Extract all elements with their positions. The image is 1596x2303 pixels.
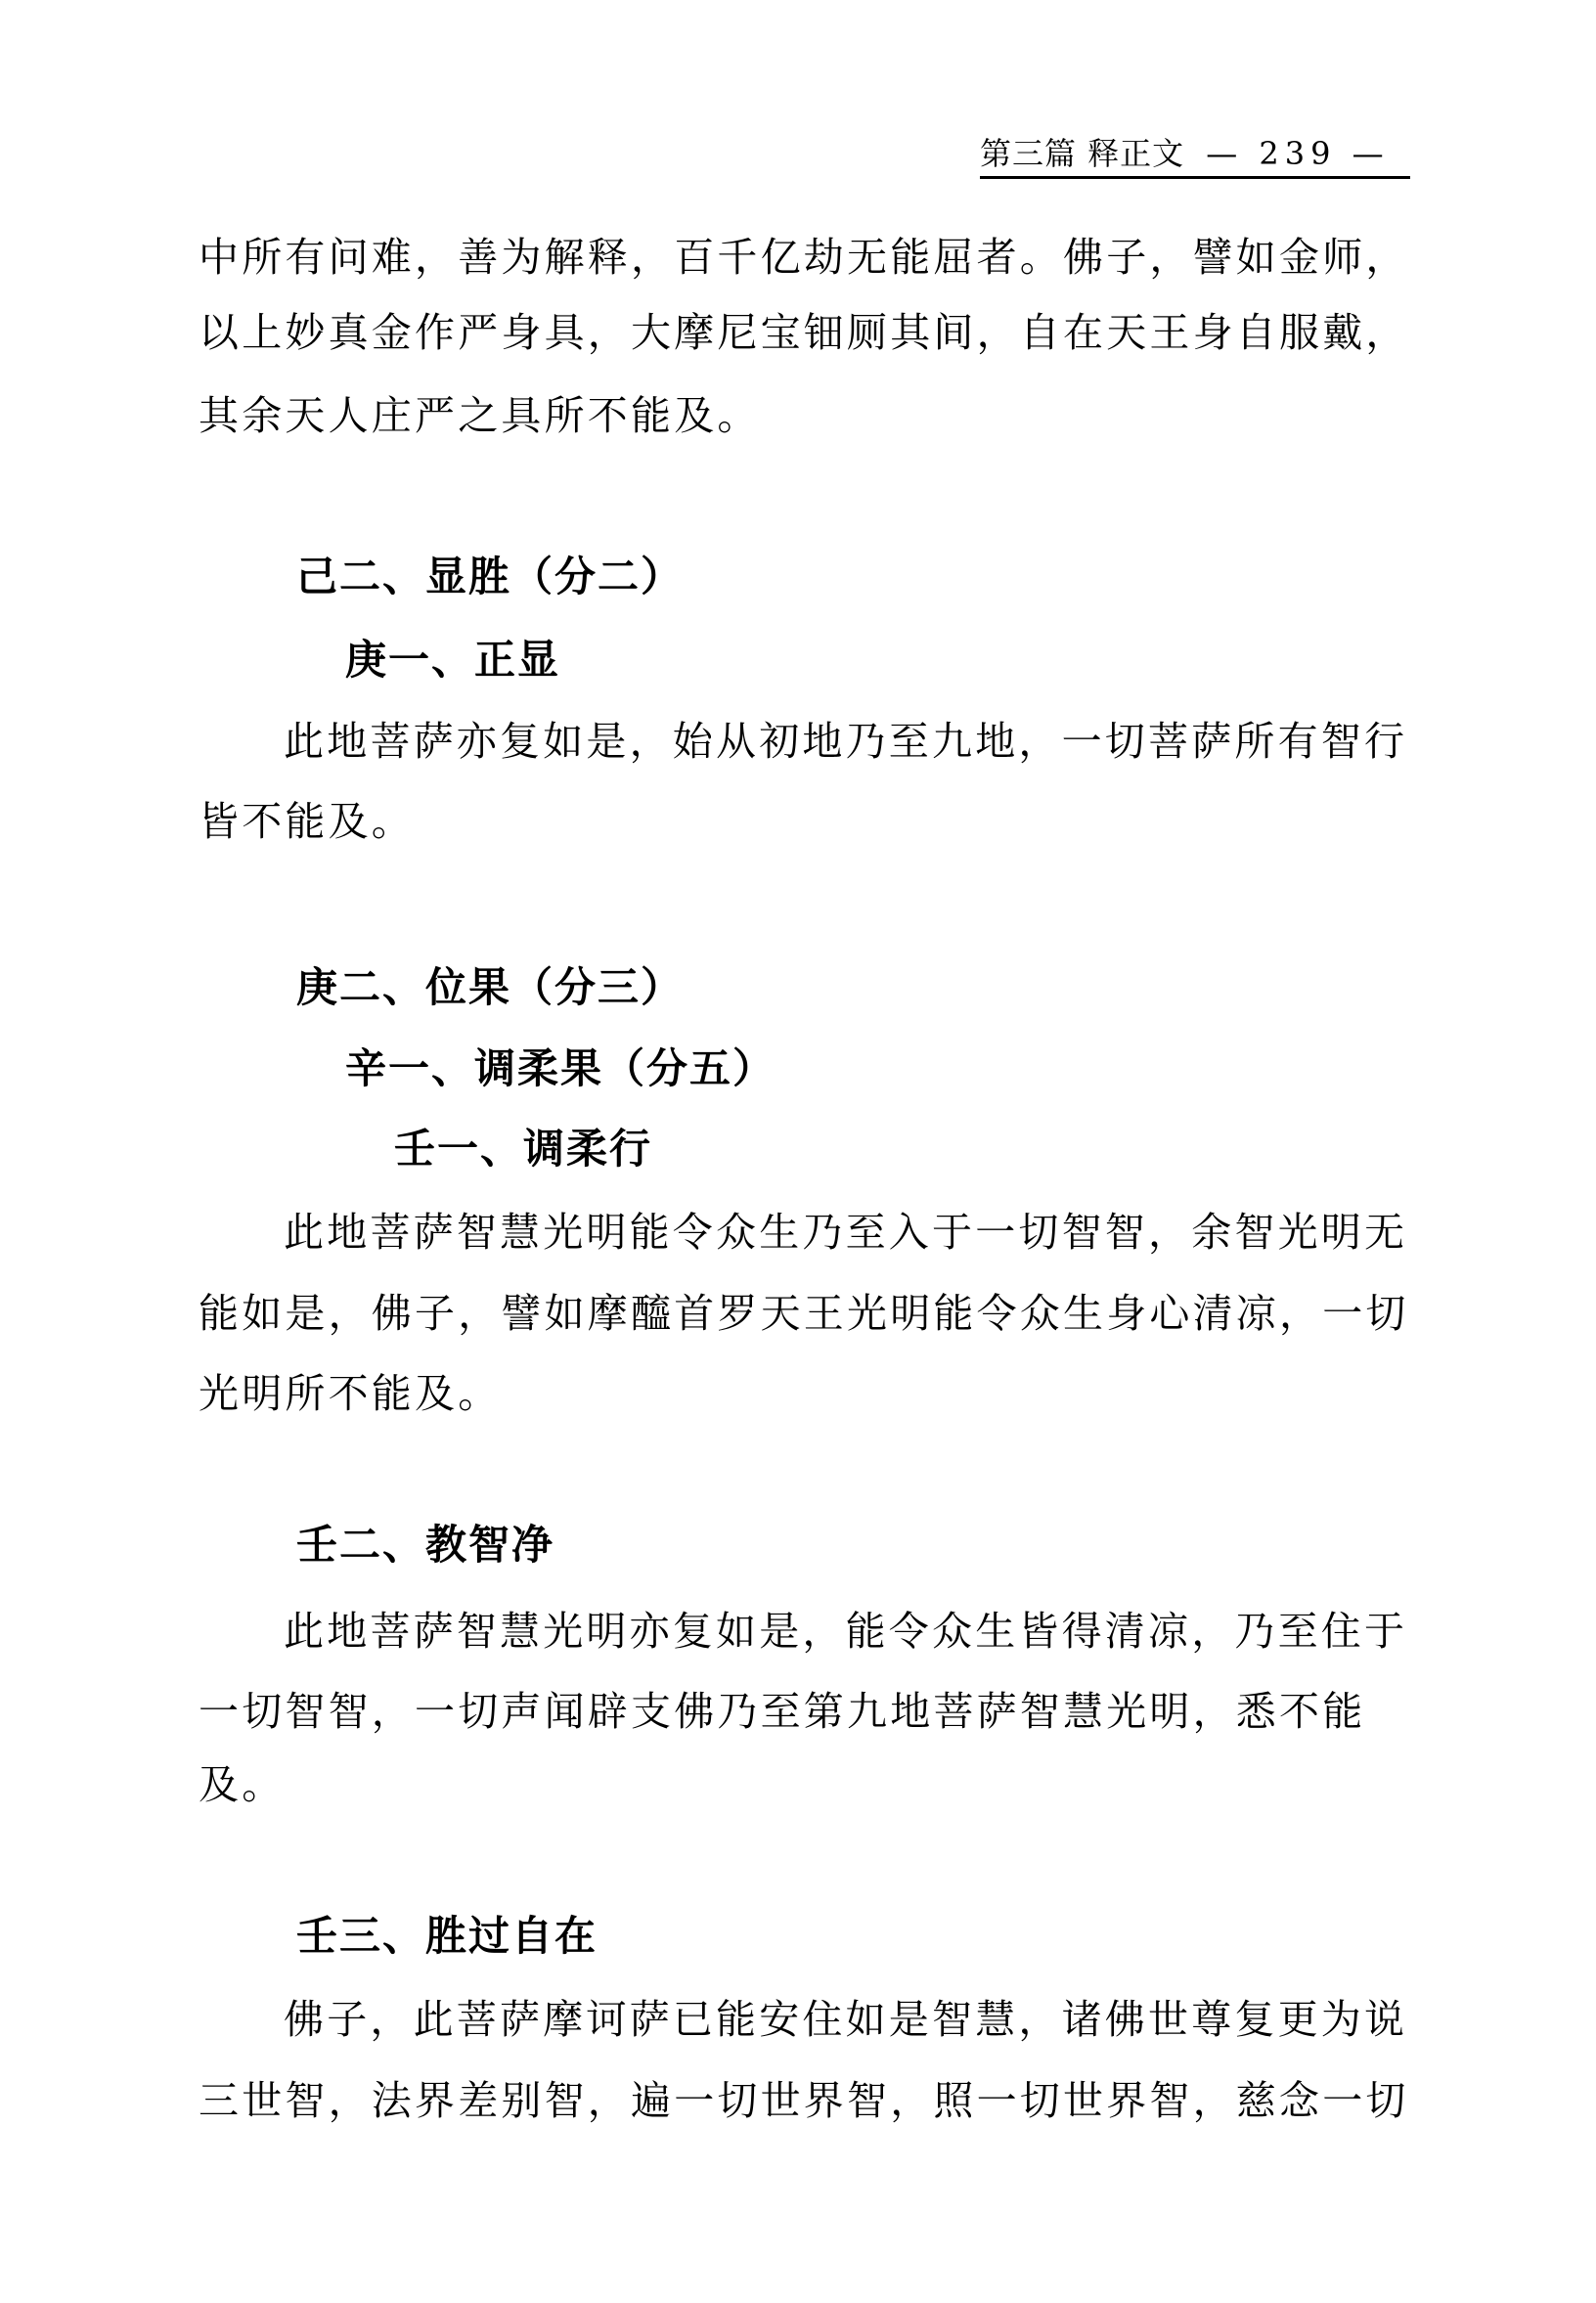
paragraph-4-line-1: 此地菩萨智慧光明亦复如是，能令众生皆得清凉，乃至住于 bbox=[284, 1607, 1407, 1656]
paragraph-4-line-3: 及。 bbox=[199, 1760, 285, 1809]
paragraph-2-line-1: 此地菩萨亦复如是，始从初地乃至九地，一切菩萨所有智行 bbox=[284, 717, 1407, 766]
paragraph-3-line-2: 能如是，佛子，譬如摩醯首罗天王光明能令众生身心清凉，一切 bbox=[199, 1289, 1409, 1338]
paragraph-3-line-3: 光明所不能及。 bbox=[199, 1369, 501, 1418]
paragraph-1-line-2: 以上妙真金作严身具，大摩尼宝钿厕其间，自在天王身自服戴， bbox=[199, 308, 1409, 357]
paragraph-5-line-1: 佛子，此菩萨摩诃萨已能安住如是智慧，诸佛世尊复更为说 bbox=[284, 1995, 1407, 2044]
heading-geng-yi: 庚一、正显 bbox=[345, 636, 560, 685]
section-title: 第三篇 释正文 bbox=[980, 135, 1184, 172]
heading-ji-er: 己二、显胜（分二） bbox=[296, 553, 684, 601]
heading-xin-yi: 辛一、调柔果（分五） bbox=[345, 1044, 776, 1093]
page-number: — 239 — bbox=[1206, 135, 1389, 172]
paragraph-3-line-1: 此地菩萨智慧光明能令众生乃至入于一切智智，余智光明无 bbox=[284, 1208, 1407, 1257]
paragraph-1-line-1: 中所有问难，善为解释，百千亿劫无能屈者。佛子，譬如金师， bbox=[199, 233, 1409, 282]
paragraph-4-line-2: 一切智智，一切声闻辟支佛乃至第九地菩萨智慧光明，悉不能 bbox=[199, 1687, 1365, 1736]
heading-ren-er: 壬二、教智净 bbox=[296, 1521, 554, 1570]
heading-ren-yi: 壬一、调柔行 bbox=[394, 1125, 652, 1174]
paragraph-1-line-3: 其余天人庄严之具所不能及。 bbox=[199, 391, 761, 440]
heading-ren-san: 壬三、胜过自在 bbox=[296, 1912, 598, 1961]
heading-geng-er: 庚二、位果（分三） bbox=[296, 963, 684, 1012]
paragraph-2-line-2: 皆不能及。 bbox=[199, 797, 415, 846]
running-header: 第三篇 释正文— 239 — bbox=[980, 131, 1410, 179]
paragraph-5-line-2: 三世智，法界差别智，遍一切世界智，照一切世界智，慈念一切 bbox=[199, 2076, 1409, 2125]
